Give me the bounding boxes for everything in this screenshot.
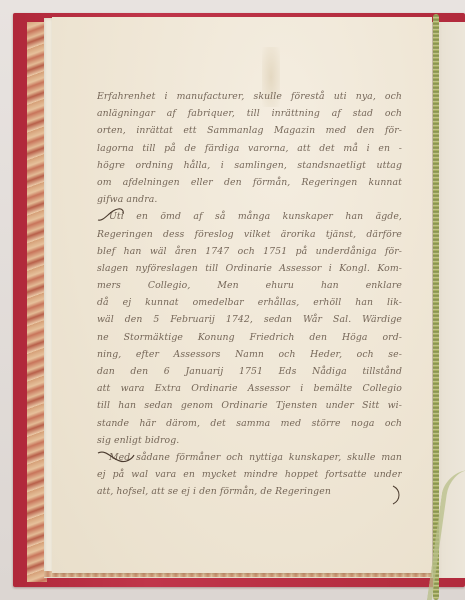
text-line: dan den 6 Januarij 1751 Eds Nådiga tills… [97,363,402,380]
text-line: att, hofsel, att se ej i den förmån, de … [97,483,402,500]
text-line: högre ordning hålla, i samlingen, stands… [97,157,402,174]
text-line: att wara Extra Ordinarie Assessor i bemä… [97,380,402,397]
paragraph-flourish-icon [96,447,136,465]
manuscript-photo: Erfahrenhet i manufacturer, skulle föres… [0,0,465,600]
paragraph-flourish-icon [96,206,126,224]
text-line: Med sådane förmåner och nyttiga kunskape… [97,449,402,466]
text-line: Regeringen dess föreslog vilket ärorika … [97,226,402,243]
text-line: lagorna till på de färdiga varorna, att … [97,140,402,157]
handwritten-text: Erfahrenhet i manufacturer, skulle föres… [97,88,402,501]
text-line: ning, efter Assessors Namn och Heder, oc… [97,346,402,363]
text-line: Uti en ömd af så många kunskaper han ägd… [97,208,402,225]
text-line: stande här därom, det samma med större n… [97,415,402,432]
text-line: om afdelningen eller den förmån, Regerin… [97,174,402,191]
closing-bracket-flourish-icon [390,484,404,506]
text-line: anlägningar af fabriquer, till inrättnin… [97,105,402,122]
text-line: slagen nyföreslagen till Ordinarie Asses… [97,260,402,277]
text-line: Erfahrenhet i manufacturer, skulle föres… [97,88,402,105]
text-line: wäl den 5 Februarij 1742, sedan Wår Sal.… [97,311,402,328]
text-line: ej på wal vara en mycket mindre hoppet f… [97,466,402,483]
text-line: sig enligt bidrog. [97,432,402,449]
text-line: gifwa andra. [97,191,402,208]
text-line: då ej kunnat omedelbar erhållas, erhöll … [97,294,402,311]
text-line: orten, inrättat ett Sammanlag Magazin me… [97,122,402,139]
text-line: mers Collegio, Men ehuru han enklare [97,277,402,294]
text-line: till han sedan genom Ordinarie Tjensten … [97,397,402,414]
text-line: ne Stormäktige Konung Friedrich den Höga… [97,329,402,346]
text-line: blef han wäl åren 1747 och 1751 på under… [97,243,402,260]
